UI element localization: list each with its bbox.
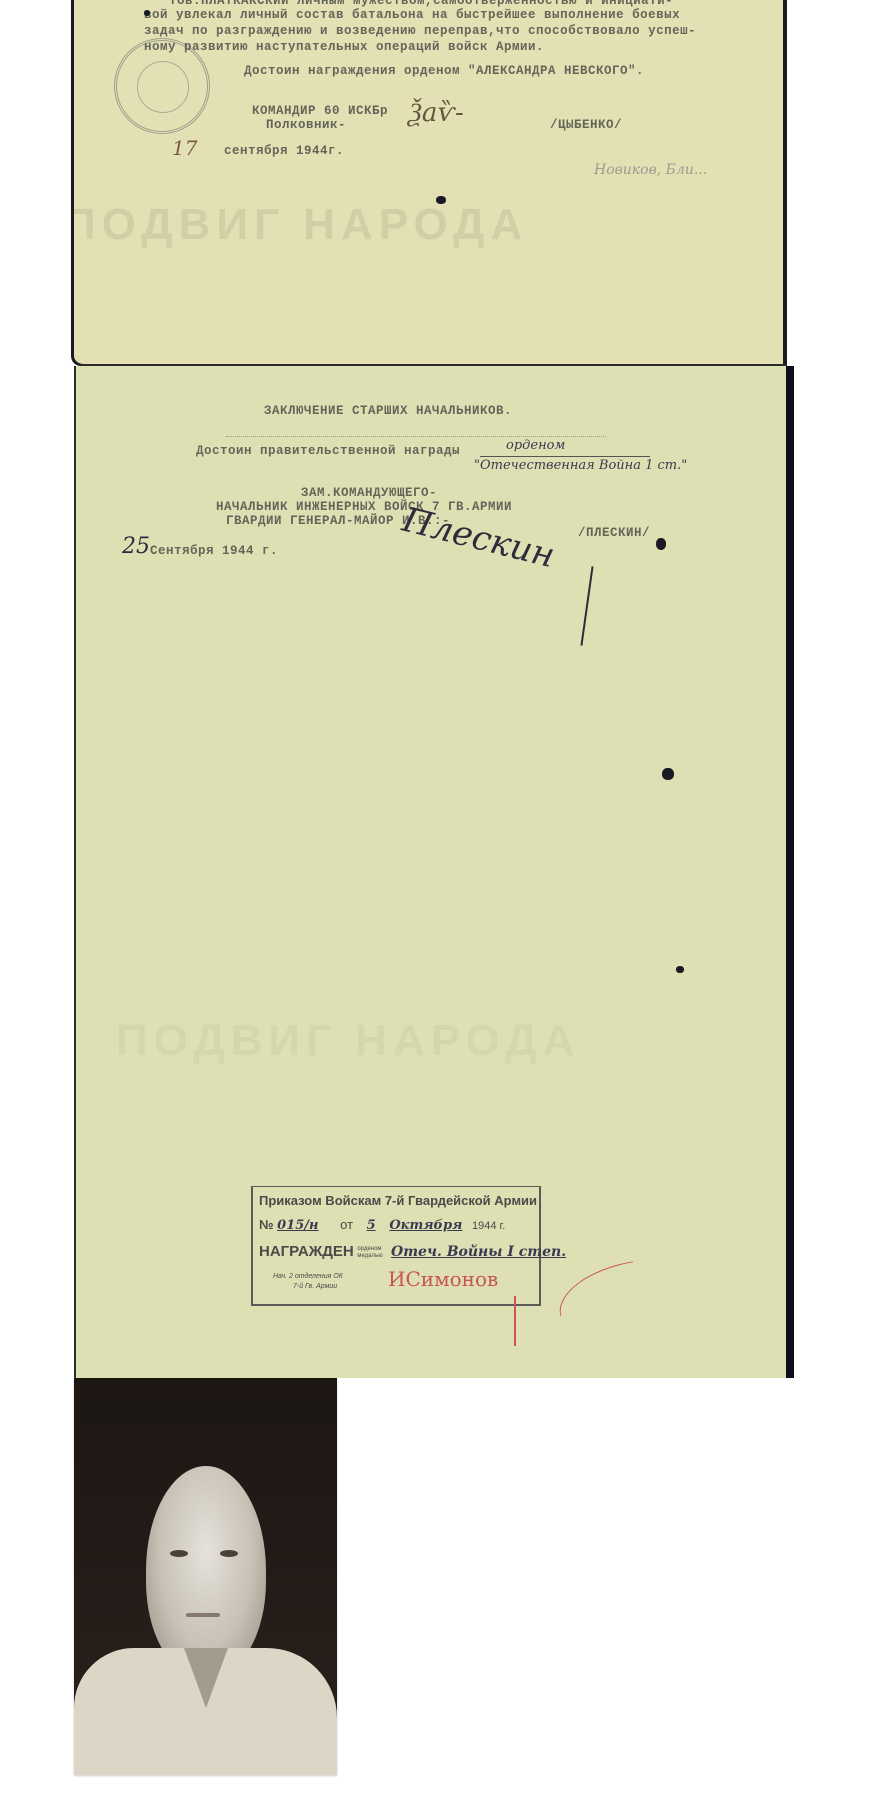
handwritten-signature: Ѯаѷ-	[409, 98, 464, 128]
stamp-number-value: 015/н	[277, 1218, 318, 1233]
red-pencil-stroke	[514, 1296, 516, 1346]
stamp-office-line-1: Нач. 2 отделения ОК	[273, 1273, 343, 1280]
portrait-mouth	[186, 1613, 220, 1617]
date-text: сентября 1944г.	[224, 144, 344, 158]
watermark-text: ПОДВИГ НАРОДА	[74, 200, 528, 250]
stamp-year: 1944 г.	[472, 1220, 505, 1232]
signer-line-1: ЗАМ.КОМАНДУЮЩЕГО-	[301, 486, 437, 500]
red-pencil-stroke	[553, 1261, 640, 1315]
ink-blot	[144, 10, 150, 16]
handwritten-award-type: орденом	[506, 438, 565, 453]
body-text-line: тов.ПЛАТКАКСКИЙ личным мужеством,самоотв…	[169, 0, 673, 8]
signer-rank: Полковник-	[266, 118, 346, 132]
body-text-line: задач по разграждению и возведению переп…	[144, 24, 696, 38]
red-pencil-signature: ИСимонов	[388, 1267, 498, 1291]
order-stamp: Приказом Войскам 7-й Гвардейской Армии №…	[251, 1186, 541, 1306]
signer-name: /ПЛЕСКИН/	[578, 526, 650, 540]
ink-blot	[436, 196, 446, 204]
ink-blot	[662, 768, 674, 780]
body-text-line: вой увлекал личный состав батальона на б…	[144, 8, 680, 22]
faint-pencil-note: Новиков, Бли...	[594, 162, 707, 178]
watermark-text: ПОДВИГ НАРОДА	[116, 1016, 580, 1066]
signer-name: /ЦЫБЕНКО/	[550, 118, 622, 132]
stamp-award-value: Отеч. Войны I степ.	[391, 1244, 566, 1260]
dotted-divider	[226, 436, 606, 437]
date-day-handwritten: 17	[172, 136, 197, 160]
portrait-collar	[184, 1648, 228, 1708]
award-sheet-page-2: ПОДВИГ НАРОДА ЗАКЛЮЧЕНИЕ СТАРШИХ НАЧАЛЬН…	[74, 366, 794, 1378]
ink-blot	[656, 538, 666, 550]
stamp-number-label: №	[259, 1217, 274, 1232]
ink-blot	[676, 966, 684, 973]
stamp-date-month: Октября	[389, 1218, 462, 1233]
underline	[480, 456, 650, 457]
stamp-date-day: 5	[367, 1218, 376, 1233]
stamp-office-line-2: 7-й Гв. Армии	[293, 1283, 337, 1290]
signature-stroke	[580, 566, 593, 645]
award-sheet-page-1: ПОДВИГ НАРОДА тов.ПЛАТКАКСКИЙ личным муж…	[74, 0, 787, 366]
stamp-order-line: Приказом Войскам 7-й Гвардейской Армии	[259, 1193, 537, 1208]
stamp-awarded-label: НАГРАЖДЕН	[259, 1243, 354, 1260]
stamp-from-label: от	[340, 1217, 353, 1232]
date-day-handwritten: 25	[122, 534, 150, 559]
date-text: Сентября 1944 г.	[150, 544, 278, 558]
portrait-eye	[220, 1550, 238, 1557]
body-text-line: ному развитию наступательных операций во…	[144, 40, 544, 54]
handwritten-award-name: "Отечественная Война 1 ст."	[474, 458, 687, 473]
portrait-eye	[170, 1550, 188, 1557]
section-heading: ЗАКЛЮЧЕНИЕ СТАРШИХ НАЧАЛЬНИКОВ.	[264, 404, 512, 418]
signer-title: КОМАНДИР 60 ИСКБр	[252, 104, 388, 118]
stamp-awarded-sub: орденом медалью	[357, 1246, 387, 1260]
portrait-photo	[74, 1378, 337, 1775]
signer-line-2: НАЧАЛЬНИК ИНЖЕНЕРНЫХ ВОЙСК 7 ГВ.АРМИИ	[216, 500, 512, 514]
portrait-face	[146, 1466, 266, 1676]
worthy-of-award-text: Достоин правительственной награды	[196, 444, 460, 458]
recommendation-text: Достоин награждения орденом "АЛЕКСАНДРА …	[244, 64, 644, 78]
